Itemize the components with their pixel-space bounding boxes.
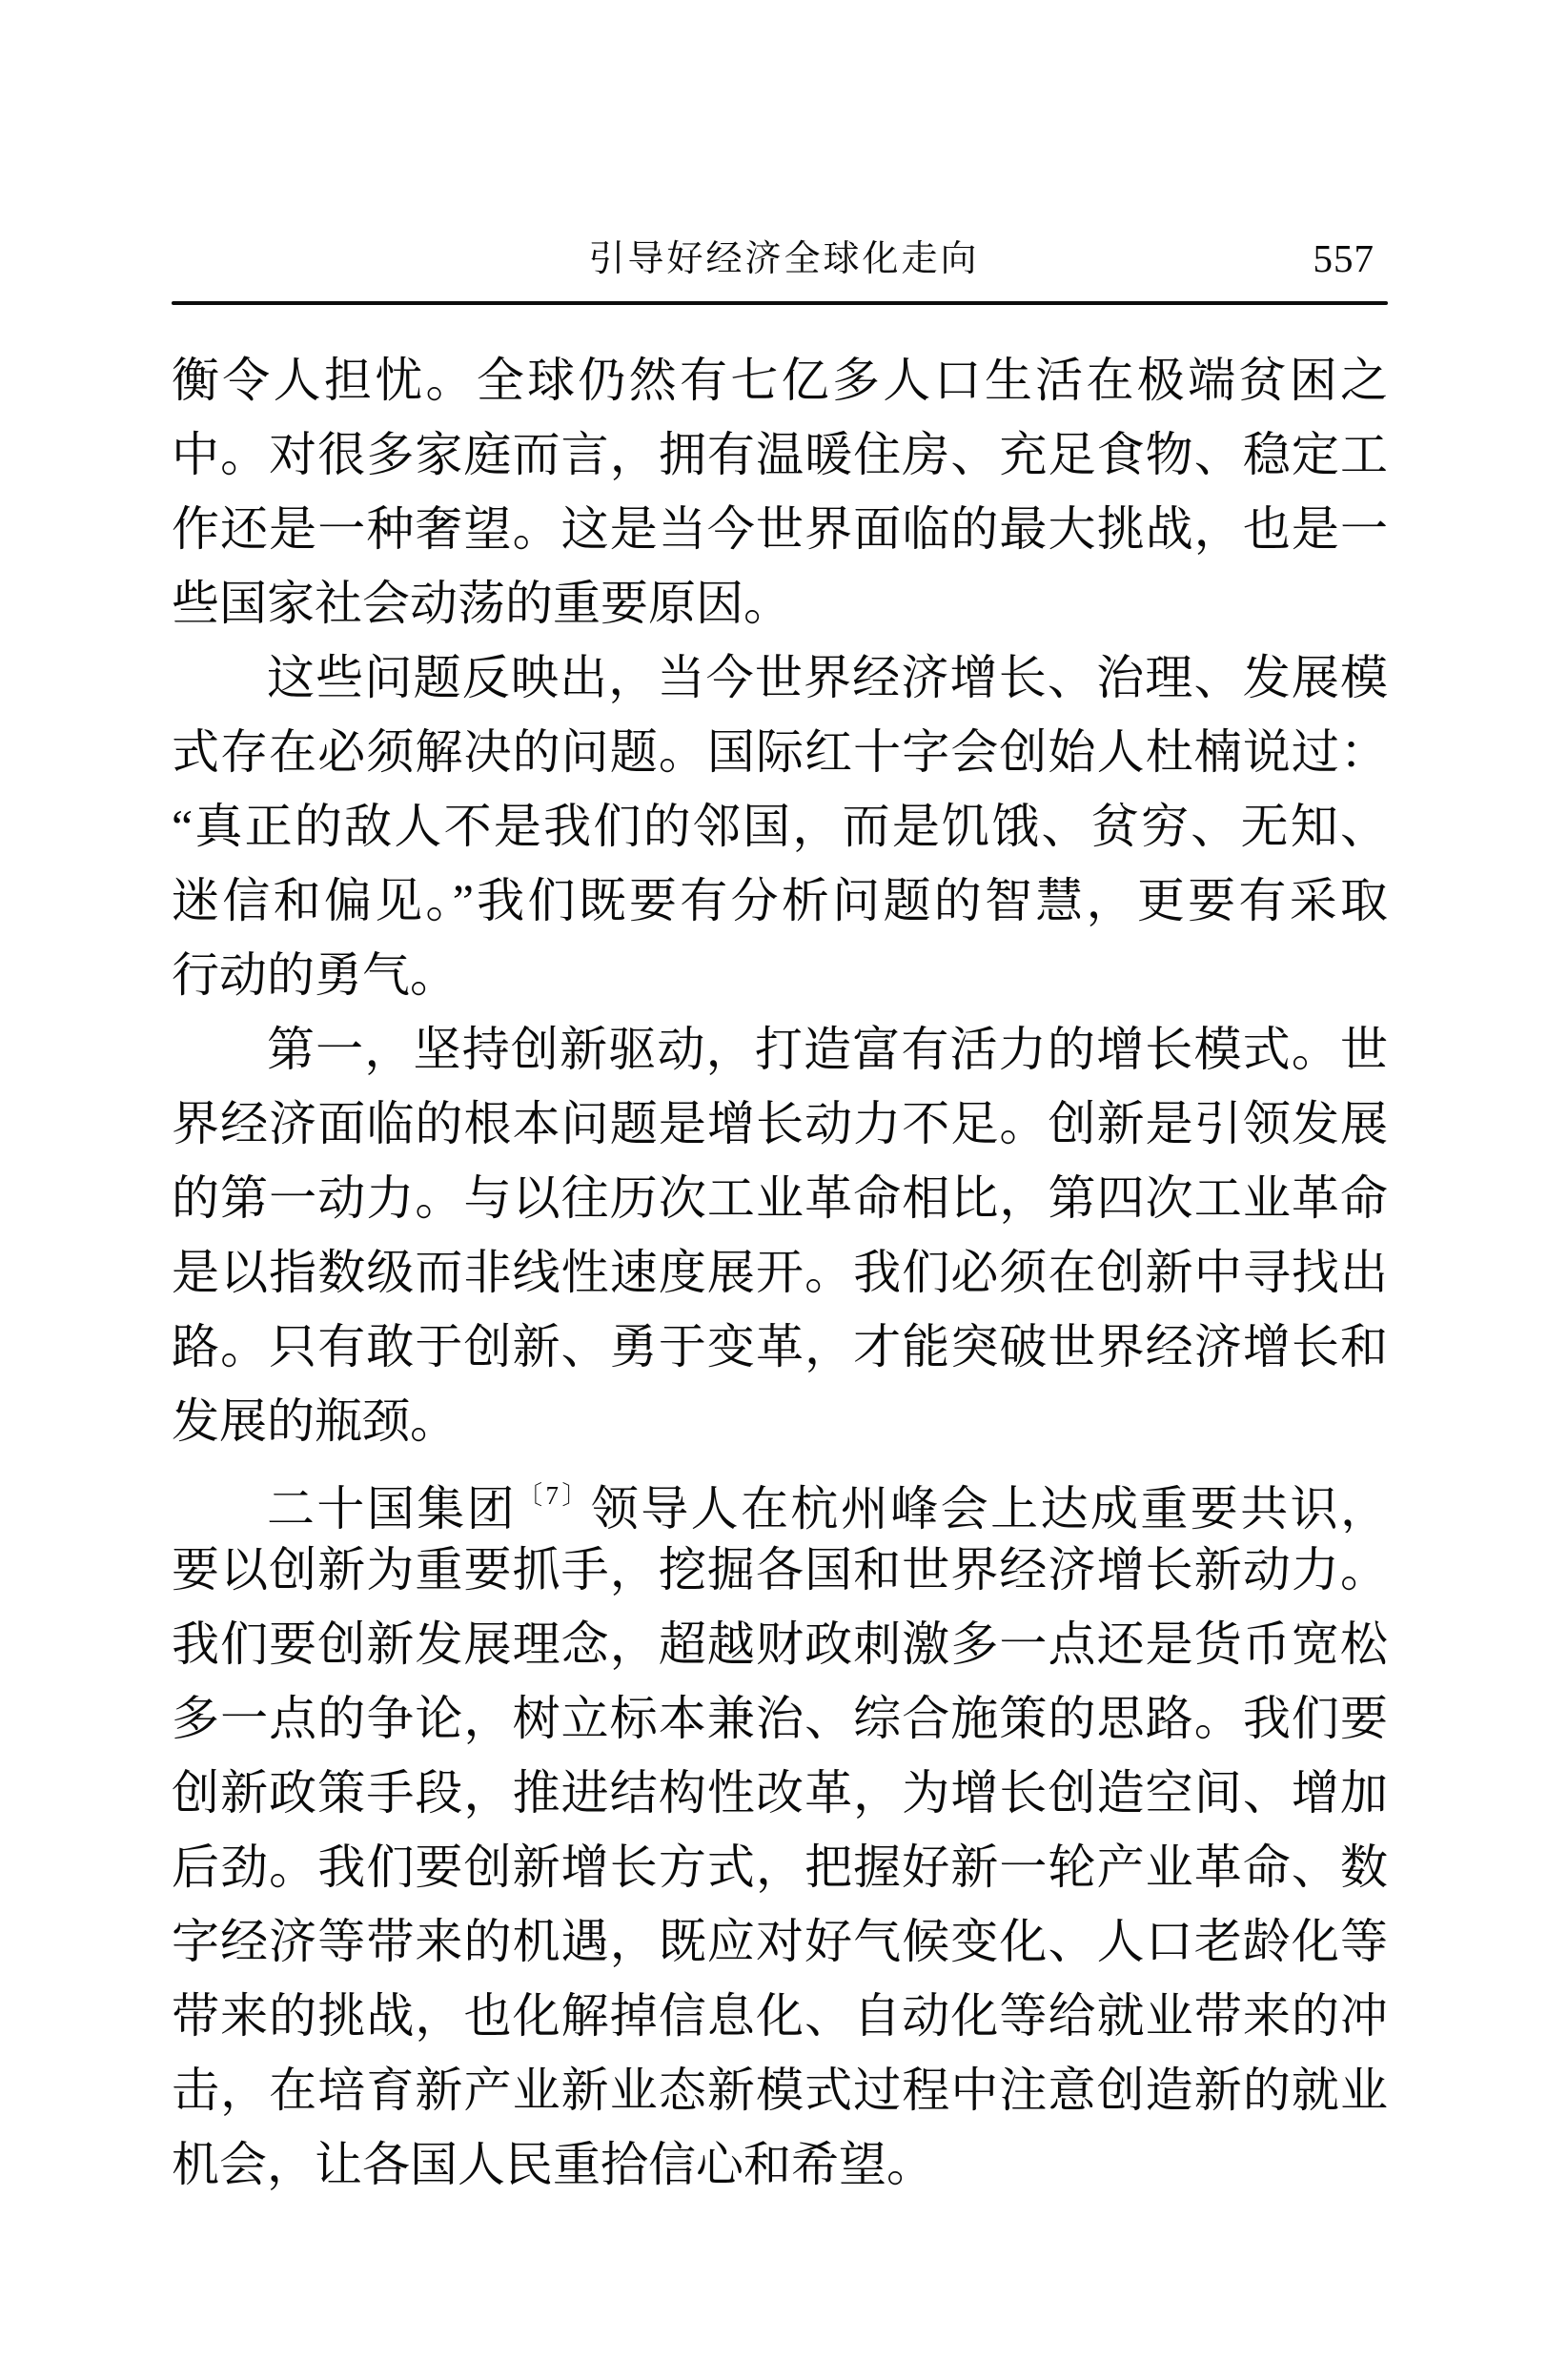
paragraph-1: 衡令人担忧。全球仍然有七亿多人口生活在极端贫困之 中。对很多家庭而言，拥有温暖住… [172,343,1388,641]
text-line: 要以创新为重要抓手，挖掘各国和世界经济增长新动力。 [172,1533,1388,1607]
text-line: 机会，让各国人民重拾信心和希望。 [172,2127,1388,2202]
text-line: 作还是一种奢望。这是当今世界面临的最大挑战，也是一 [172,492,1388,566]
text-line: 界经济面临的根本问题是增长动力不足。创新是引领发展 [172,1087,1388,1161]
text-line: 这些问题反映出，当今世界经济增长、治理、发展模 [172,641,1388,715]
text-line: 些国家社会动荡的重要原因。 [172,566,1388,641]
text-line: “真正的敌人不是我们的邻国，而是饥饿、贫穷、无知、 [172,789,1388,864]
footnote-ref-7: 〔7〕 [517,1481,591,1510]
body-text: 衡令人担忧。全球仍然有七亿多人口生活在极端贫困之 中。对很多家庭而言，拥有温暖住… [172,343,1388,2202]
text-line: 路。只有敢于创新、勇于变革，才能突破世界经济增长和 [172,1310,1388,1384]
text-line: 我们要创新发展理念，超越财政刺激多一点还是货币宽松 [172,1607,1388,1681]
paragraph-3: 第一，坚持创新驱动，打造富有活力的增长模式。世 界经济面临的根本问题是增长动力不… [172,1012,1388,1458]
text-line: 创新政策手段，推进结构性改革，为增长创造空间、增加 [172,1756,1388,1830]
text-line: 击，在培育新产业新业态新模式过程中注意创造新的就业 [172,2053,1388,2127]
text-segment: 二十国集团 [267,1482,517,1533]
paragraph-4: 二十国集团〔7〕领导人在杭州峰会上达成重要共识， 要以创新为重要抓手，挖掘各国和… [172,1458,1388,2202]
text-line: 迷信和偏见。”我们既要有分析问题的智慧，更要有采取 [172,864,1388,938]
text-line: 是以指数级而非线性速度展开。我们必须在创新中寻找出 [172,1235,1388,1310]
header-rule [172,301,1388,305]
scanned-book-page: 引导好经济全球化走向 557 衡令人担忧。全球仍然有七亿多人口生活在极端贫困之 … [0,0,1568,2359]
text-line: 多一点的争论，树立标本兼治、综合施策的思路。我们要 [172,1681,1388,1756]
text-line: 发展的瓶颈。 [172,1384,1388,1458]
text-line: 字经济等带来的机遇，既应对好气候变化、人口老龄化等 [172,1904,1388,1979]
text-line: 中。对很多家庭而言，拥有温暖住房、充足食物、稳定工 [172,417,1388,492]
text-line: 的第一动力。与以往历次工业革命相比，第四次工业革命 [172,1161,1388,1235]
text-segment: 领导人在杭州峰会上达成重要共识， [591,1482,1388,1533]
text-line: 衡令人担忧。全球仍然有七亿多人口生活在极端贫困之 [172,343,1388,417]
text-line: 第一，坚持创新驱动，打造富有活力的增长模式。世 [172,1012,1388,1087]
page-number: 557 [172,236,1375,280]
text-line: 行动的勇气。 [172,938,1388,1012]
text-line: 带来的挑战，也化解掉信息化、自动化等给就业带来的冲 [172,1979,1388,2053]
paragraph-2: 这些问题反映出，当今世界经济增长、治理、发展模 式存在必须解决的问题。国际红十字… [172,641,1388,1012]
text-line: 式存在必须解决的问题。国际红十字会创始人杜楠说过： [172,715,1388,789]
text-line: 后劲。我们要创新增长方式，把握好新一轮产业革命、数 [172,1830,1388,1904]
text-line-with-footnote-ref: 二十国集团〔7〕领导人在杭州峰会上达成重要共识， [172,1458,1388,1533]
